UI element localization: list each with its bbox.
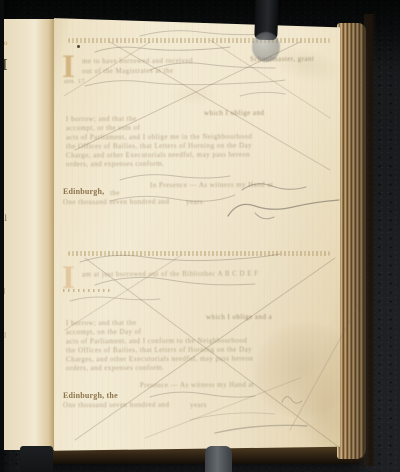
- cancellation-stroke: [85, 258, 340, 448]
- photograph-of-open-ledger: o I ll l l I me to have borrowed and rec…: [0, 0, 400, 472]
- cancellation-stroke: [64, 42, 150, 96]
- handwriting-scribble: [150, 63, 275, 70]
- book-holder-clip-tip: [252, 32, 280, 62]
- handwriting-scribble: [240, 92, 285, 96]
- cancellation-stroke: [110, 42, 330, 170]
- pencil-mark: [215, 425, 307, 433]
- cancellation-stroke: [75, 258, 335, 440]
- signature-scribble: [255, 213, 274, 219]
- cancellation-stroke: [145, 378, 300, 438]
- handwriting-scribble: [190, 413, 275, 420]
- ink-overlay: [0, 0, 400, 472]
- handwriting-scribble: [95, 47, 230, 52]
- handwriting-scribble: [80, 254, 280, 262]
- handwriting-scribble: [140, 31, 270, 36]
- cancellation-stroke: [290, 306, 358, 430]
- book-holder-post: [20, 446, 53, 472]
- signature-scribble: [228, 200, 339, 216]
- cancellation-stroke: [65, 256, 180, 330]
- handwriting-scribble: [110, 195, 235, 201]
- handwriting-scribble: [120, 175, 230, 180]
- frame-edge: [0, 0, 4, 472]
- handwriting-scribble: [150, 392, 255, 397]
- signature-scribble: [242, 184, 306, 190]
- handwriting-scribble: [282, 397, 302, 403]
- book-holder-bottom-clip: [205, 446, 232, 472]
